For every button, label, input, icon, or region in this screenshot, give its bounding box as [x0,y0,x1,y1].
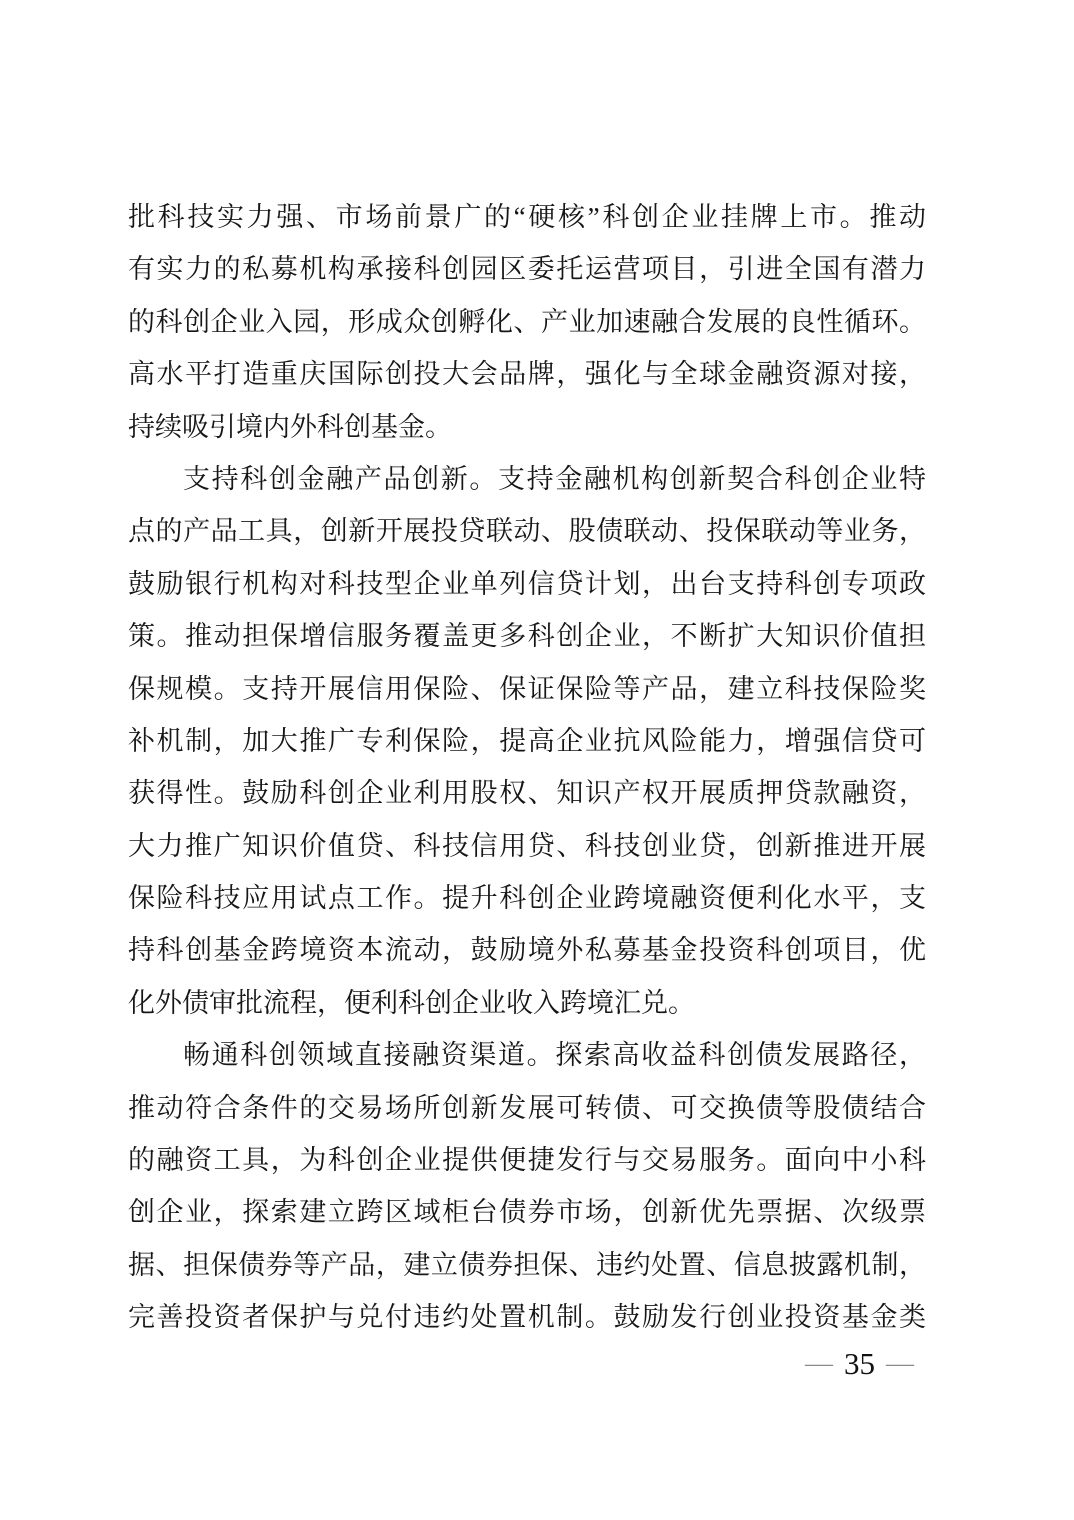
text-line: 有实力的私募机构承接科创园区委托运营项目，引进全国有潜力 [128,243,926,295]
text-line: 高水平打造重庆国际创投大会品牌，强化与全球金融资源对接， [128,348,926,400]
text-line: 推动符合条件的交易场所创新发展可转债、可交换债等股债结合 [128,1082,926,1134]
text-line: 批科技实力强、市场前景广的“硬核”科创企业挂牌上市。推动 [128,191,926,243]
page-number-value: 35 [844,1348,875,1379]
text-line: 获得性。鼓励科创企业利用股权、知识产权开展质押贷款融资， [128,767,926,819]
paragraph: 畅通科创领域直接融资渠道。探索高收益科创债发展路径，推动符合条件的交易场所创新发… [128,1029,926,1343]
document-body: 批科技实力强、市场前景广的“硬核”科创企业挂牌上市。推动有实力的私募机构承接科创… [128,191,926,1344]
text-line: 据、担保债券等产品，建立债券担保、违约处置、信息披露机制， [128,1239,926,1291]
text-line: 大力推广知识价值贷、科技信用贷、科技创业贷，创新推进开展 [128,820,926,872]
text-line: 保规模。支持开展信用保险、保证保险等产品，建立科技保险奖 [128,663,926,715]
text-line: 支持科创金融产品创新。支持金融机构创新契合科创企业特 [128,453,926,505]
text-line: 的融资工具，为科创企业提供便捷发行与交易服务。面向中小科 [128,1134,926,1186]
text-line: 畅通科创领域直接融资渠道。探索高收益科创债发展路径， [128,1029,926,1081]
text-line: 补机制，加大推广专利保险，提高企业抗风险能力，增强信贷可 [128,715,926,767]
text-line: 持科创基金跨境资本流动，鼓励境外私募基金投资科创项目，优 [128,924,926,976]
page-number-right-dash: — [886,1352,914,1376]
paragraph: 批科技实力强、市场前景广的“硬核”科创企业挂牌上市。推动有实力的私募机构承接科创… [128,191,926,453]
page-number-left-dash: — [805,1352,833,1376]
text-line: 的科创企业入园，形成众创孵化、产业加速融合发展的良性循环。 [128,296,926,348]
text-line: 保险科技应用试点工作。提升科创企业跨境融资便利化水平，支 [128,872,926,924]
text-line: 持续吸引境内外科创基金。 [128,401,926,453]
text-line: 策。推动担保增信服务覆盖更多科创企业，不断扩大知识价值担 [128,610,926,662]
text-line: 点的产品工具，创新开展投贷联动、股债联动、投保联动等业务， [128,505,926,557]
paragraph: 支持科创金融产品创新。支持金融机构创新契合科创企业特点的产品工具，创新开展投贷联… [128,453,926,1029]
text-line: 化外债审批流程，便利科创企业收入跨境汇兑。 [128,977,926,1029]
text-line: 完善投资者保护与兑付违约处置机制。鼓励发行创业投资基金类 [128,1291,926,1343]
text-line: 鼓励银行机构对科技型企业单列信贷计划，出台支持科创专项政 [128,558,926,610]
document-page: 批科技实力强、市场前景广的“硬核”科创企业挂牌上市。推动有实力的私募机构承接科创… [0,0,1074,1520]
text-line: 创企业，探索建立跨区域柜台债券市场，创新优先票据、次级票 [128,1186,926,1238]
page-number: — 35 — [805,1348,914,1379]
